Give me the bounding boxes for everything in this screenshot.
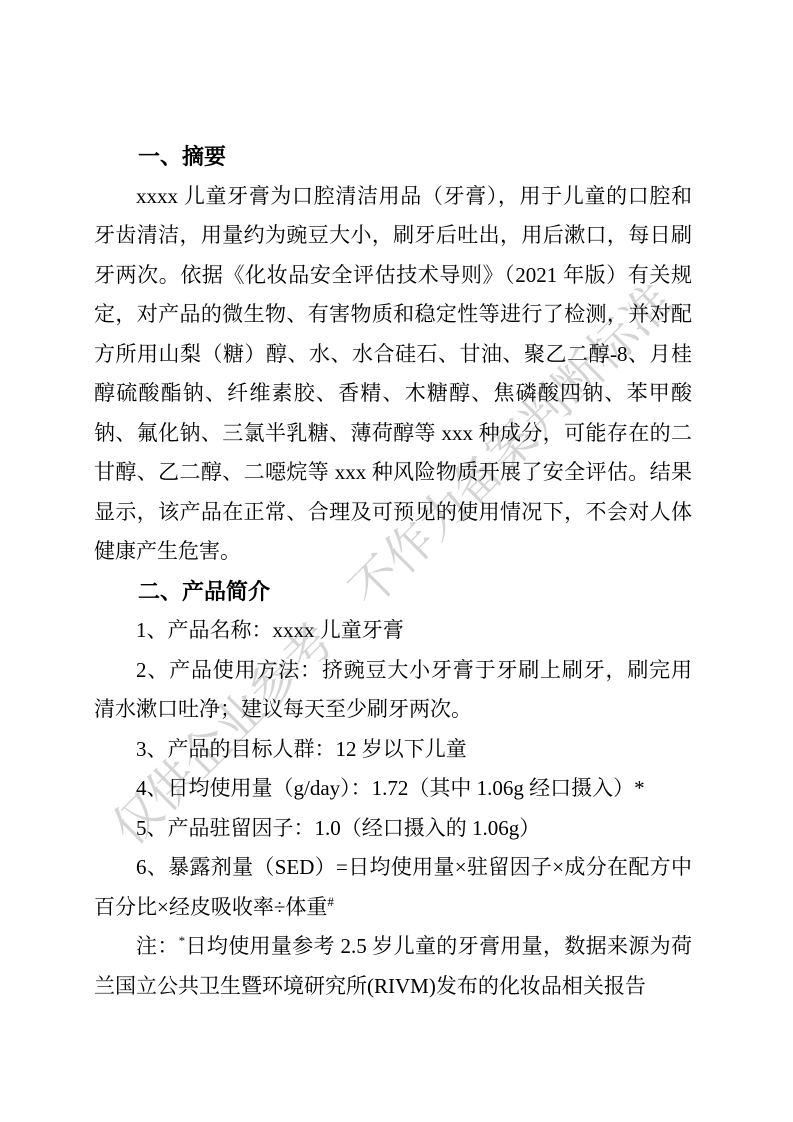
paragraph: 4、日均使用量（g/day）：1.72（其中 1.06g 经口摄入）* [94,769,692,809]
section-heading: 一、摘要 [94,137,692,177]
text-run: 1、产品名称：xxxx 儿童牙膏 [136,618,404,642]
text-run: xxxx 儿童牙膏为口腔清洁用品（牙膏），用于儿童的口腔和牙齿清洁，用量约为豌豆… [94,184,692,564]
text-run: 6、暴露剂量（SED）=日均使用量×驻留因子×成分在配方中百分比×经皮吸收率÷体… [94,855,692,919]
paragraph: 2、产品使用方法：挤豌豆大小牙膏于牙刷上刷牙，刷完用清水漱口吐净；建议每天至少刷… [94,651,692,730]
text-run: 5、产品驻留因子：1.0（经口摄入的 1.06g） [136,816,540,840]
text-run: 3、产品的目标人群：12 岁以下儿童 [136,737,467,761]
paragraph: 5、产品驻留因子：1.0（经口摄入的 1.06g） [94,809,692,849]
paragraph: 3、产品的目标人群：12 岁以下儿童 [94,730,692,770]
paragraph: 1、产品名称：xxxx 儿童牙膏 [94,611,692,651]
document-page: 仅供企业参考 不作为备案判断标准 一、摘要xxxx 儿童牙膏为口腔清洁用品（牙膏… [0,0,793,1122]
text-run: 4、日均使用量（g/day）：1.72（其中 1.06g 经口摄入）* [136,776,645,800]
superscript-mark: # [327,894,334,909]
text-run: 二、产品简介 [138,579,270,604]
paragraph: 6、暴露剂量（SED）=日均使用量×驻留因子×成分在配方中百分比×经皮吸收率÷体… [94,848,692,927]
section-heading: 二、产品简介 [94,572,692,612]
text-run: 2、产品使用方法：挤豌豆大小牙膏于牙刷上刷牙，刷完用清水漱口吐净；建议每天至少刷… [94,658,692,722]
text-run: 一、摘要 [138,144,226,169]
paragraph: 注：*日均使用量参考 2.5 岁儿童的牙膏用量，数据来源为荷兰国立公共卫生暨环境… [94,927,692,1006]
text-run: 注： [136,934,179,958]
paragraph: xxxx 儿童牙膏为口腔清洁用品（牙膏），用于儿童的口腔和牙齿清洁，用量约为豌豆… [94,177,692,572]
document-content: 一、摘要xxxx 儿童牙膏为口腔清洁用品（牙膏），用于儿童的口腔和牙齿清洁，用量… [94,137,692,1006]
